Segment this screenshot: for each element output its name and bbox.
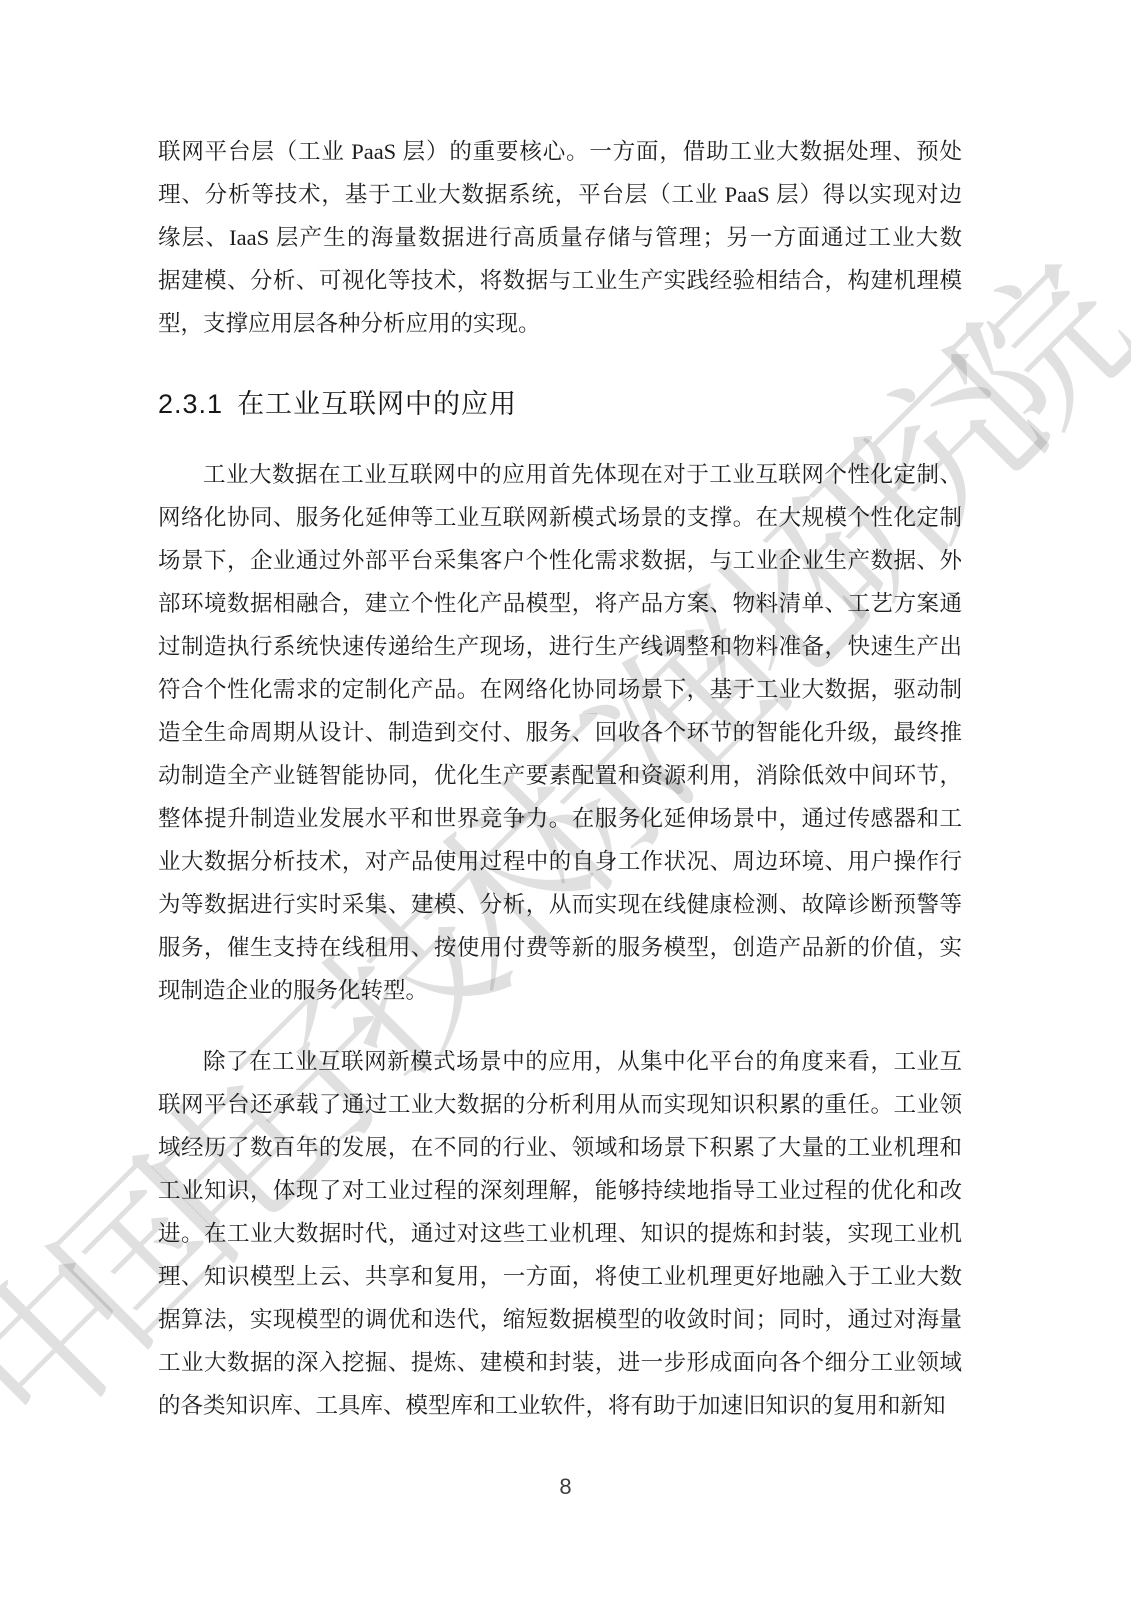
text-line: 动制造全产业链智能协同，优化生产要素配置和资源利用，消除低效中间环节， (158, 754, 962, 797)
text-line: 场景下，企业通过外部平台采集客户个性化需求数据，与工业企业生产数据、外 (158, 539, 962, 582)
text-line: 业大数据分析技术，对产品使用过程中的自身工作状况、周边环境、用户操作行 (158, 840, 962, 883)
text-line: 联网平台层（工业 PaaS 层）的重要核心。一方面，借助工业大数据处理、预处 (158, 130, 962, 173)
text-line: 进。在工业大数据时代，通过对这些工业机理、知识的提炼和封装，实现工业机 (158, 1212, 962, 1255)
text-line: 为等数据进行实时采集、建模、分析，从而实现在线健康检测、故障诊断预警等 (158, 883, 962, 926)
text-line: 联网平台还承载了通过工业大数据的分析利用从而实现知识积累的重任。工业领 (158, 1083, 962, 1126)
text-line: 的各类知识库、工具库、模型库和工业软件，将有助于加速旧知识的复用和新知 (158, 1384, 962, 1427)
text-line: 型，支撑应用层各种分析应用的实现。 (158, 302, 962, 345)
section-title: 在工业互联网中的应用 (237, 389, 517, 419)
text-line: 理、知识模型上云、共享和复用，一方面，将使工业机理更好地融入于工业大数 (158, 1255, 962, 1298)
page-content: 联网平台层（工业 PaaS 层）的重要核心。一方面，借助工业大数据处理、预处理、… (158, 130, 962, 1427)
text-line: 缘层、IaaS 层产生的海量数据进行高质量存储与管理；另一方面通过工业大数 (158, 216, 962, 259)
text-line: 工业大数据在工业互联网中的应用首先体现在对于工业互联网个性化定制、 (158, 453, 962, 496)
text-line: 工业知识，体现了对工业过程的深刻理解，能够持续地指导工业过程的优化和改 (158, 1169, 962, 1212)
section-heading: 2.3.1在工业互联网中的应用 (158, 381, 962, 427)
text-line: 整体提升制造业发展水平和世界竞争力。在服务化延伸场景中，通过传感器和工 (158, 797, 962, 840)
text-line: 域经历了数百年的发展，在不同的行业、领域和场景下积累了大量的工业机理和 (158, 1126, 962, 1169)
text-line: 工业大数据的深入挖掘、提炼、建模和封装，进一步形成面向各个细分工业领域 (158, 1341, 962, 1384)
text-line: 据算法，实现模型的调优和迭代，缩短数据模型的收敛时间；同时，通过对海量 (158, 1298, 962, 1341)
text-line: 服务，催生支持在线租用、按使用付费等新的服务模型，创造产品新的价值，实 (158, 926, 962, 969)
text-line: 现制造企业的服务化转型。 (158, 969, 962, 1012)
text-line: 过制造执行系统快速传递给生产现场，进行生产线调整和物料准备，快速生产出 (158, 625, 962, 668)
page: 中国电子技术标准化研究院 联网平台层（工业 PaaS 层）的重要核心。一方面，借… (0, 0, 1131, 1600)
paragraph-applications: 工业大数据在工业互联网中的应用首先体现在对于工业互联网个性化定制、网络化协同、服… (158, 453, 962, 1012)
text-line: 网络化协同、服务化延伸等工业互联网新模式场景的支撑。在大规模个性化定制 (158, 496, 962, 539)
document-page: { "page": { "background": "#ffffff", "te… (0, 0, 1131, 1600)
paragraph-knowledge: 除了在工业互联网新模式场景中的应用，从集中化平台的角度来看，工业互联网平台还承载… (158, 1040, 962, 1427)
text-line: 理、分析等技术，基于工业大数据系统，平台层（工业 PaaS 层）得以实现对边 (158, 173, 962, 216)
text-line: 据建模、分析、可视化等技术，将数据与工业生产实践经验相结合，构建机理模 (158, 259, 962, 302)
section-number: 2.3.1 (158, 389, 223, 419)
paragraph-continuation: 联网平台层（工业 PaaS 层）的重要核心。一方面，借助工业大数据处理、预处理、… (158, 130, 962, 345)
text-line: 符合个性化需求的定制化产品。在网络化协同场景下，基于工业大数据，驱动制 (158, 668, 962, 711)
text-line: 部环境数据相融合，建立个性化产品模型，将产品方案、物料清单、工艺方案通 (158, 582, 962, 625)
page-number: 8 (0, 1474, 1131, 1500)
text-line: 除了在工业互联网新模式场景中的应用，从集中化平台的角度来看，工业互 (158, 1040, 962, 1083)
text-line: 造全生命周期从设计、制造到交付、服务、回收各个环节的智能化升级，最终推 (158, 711, 962, 754)
